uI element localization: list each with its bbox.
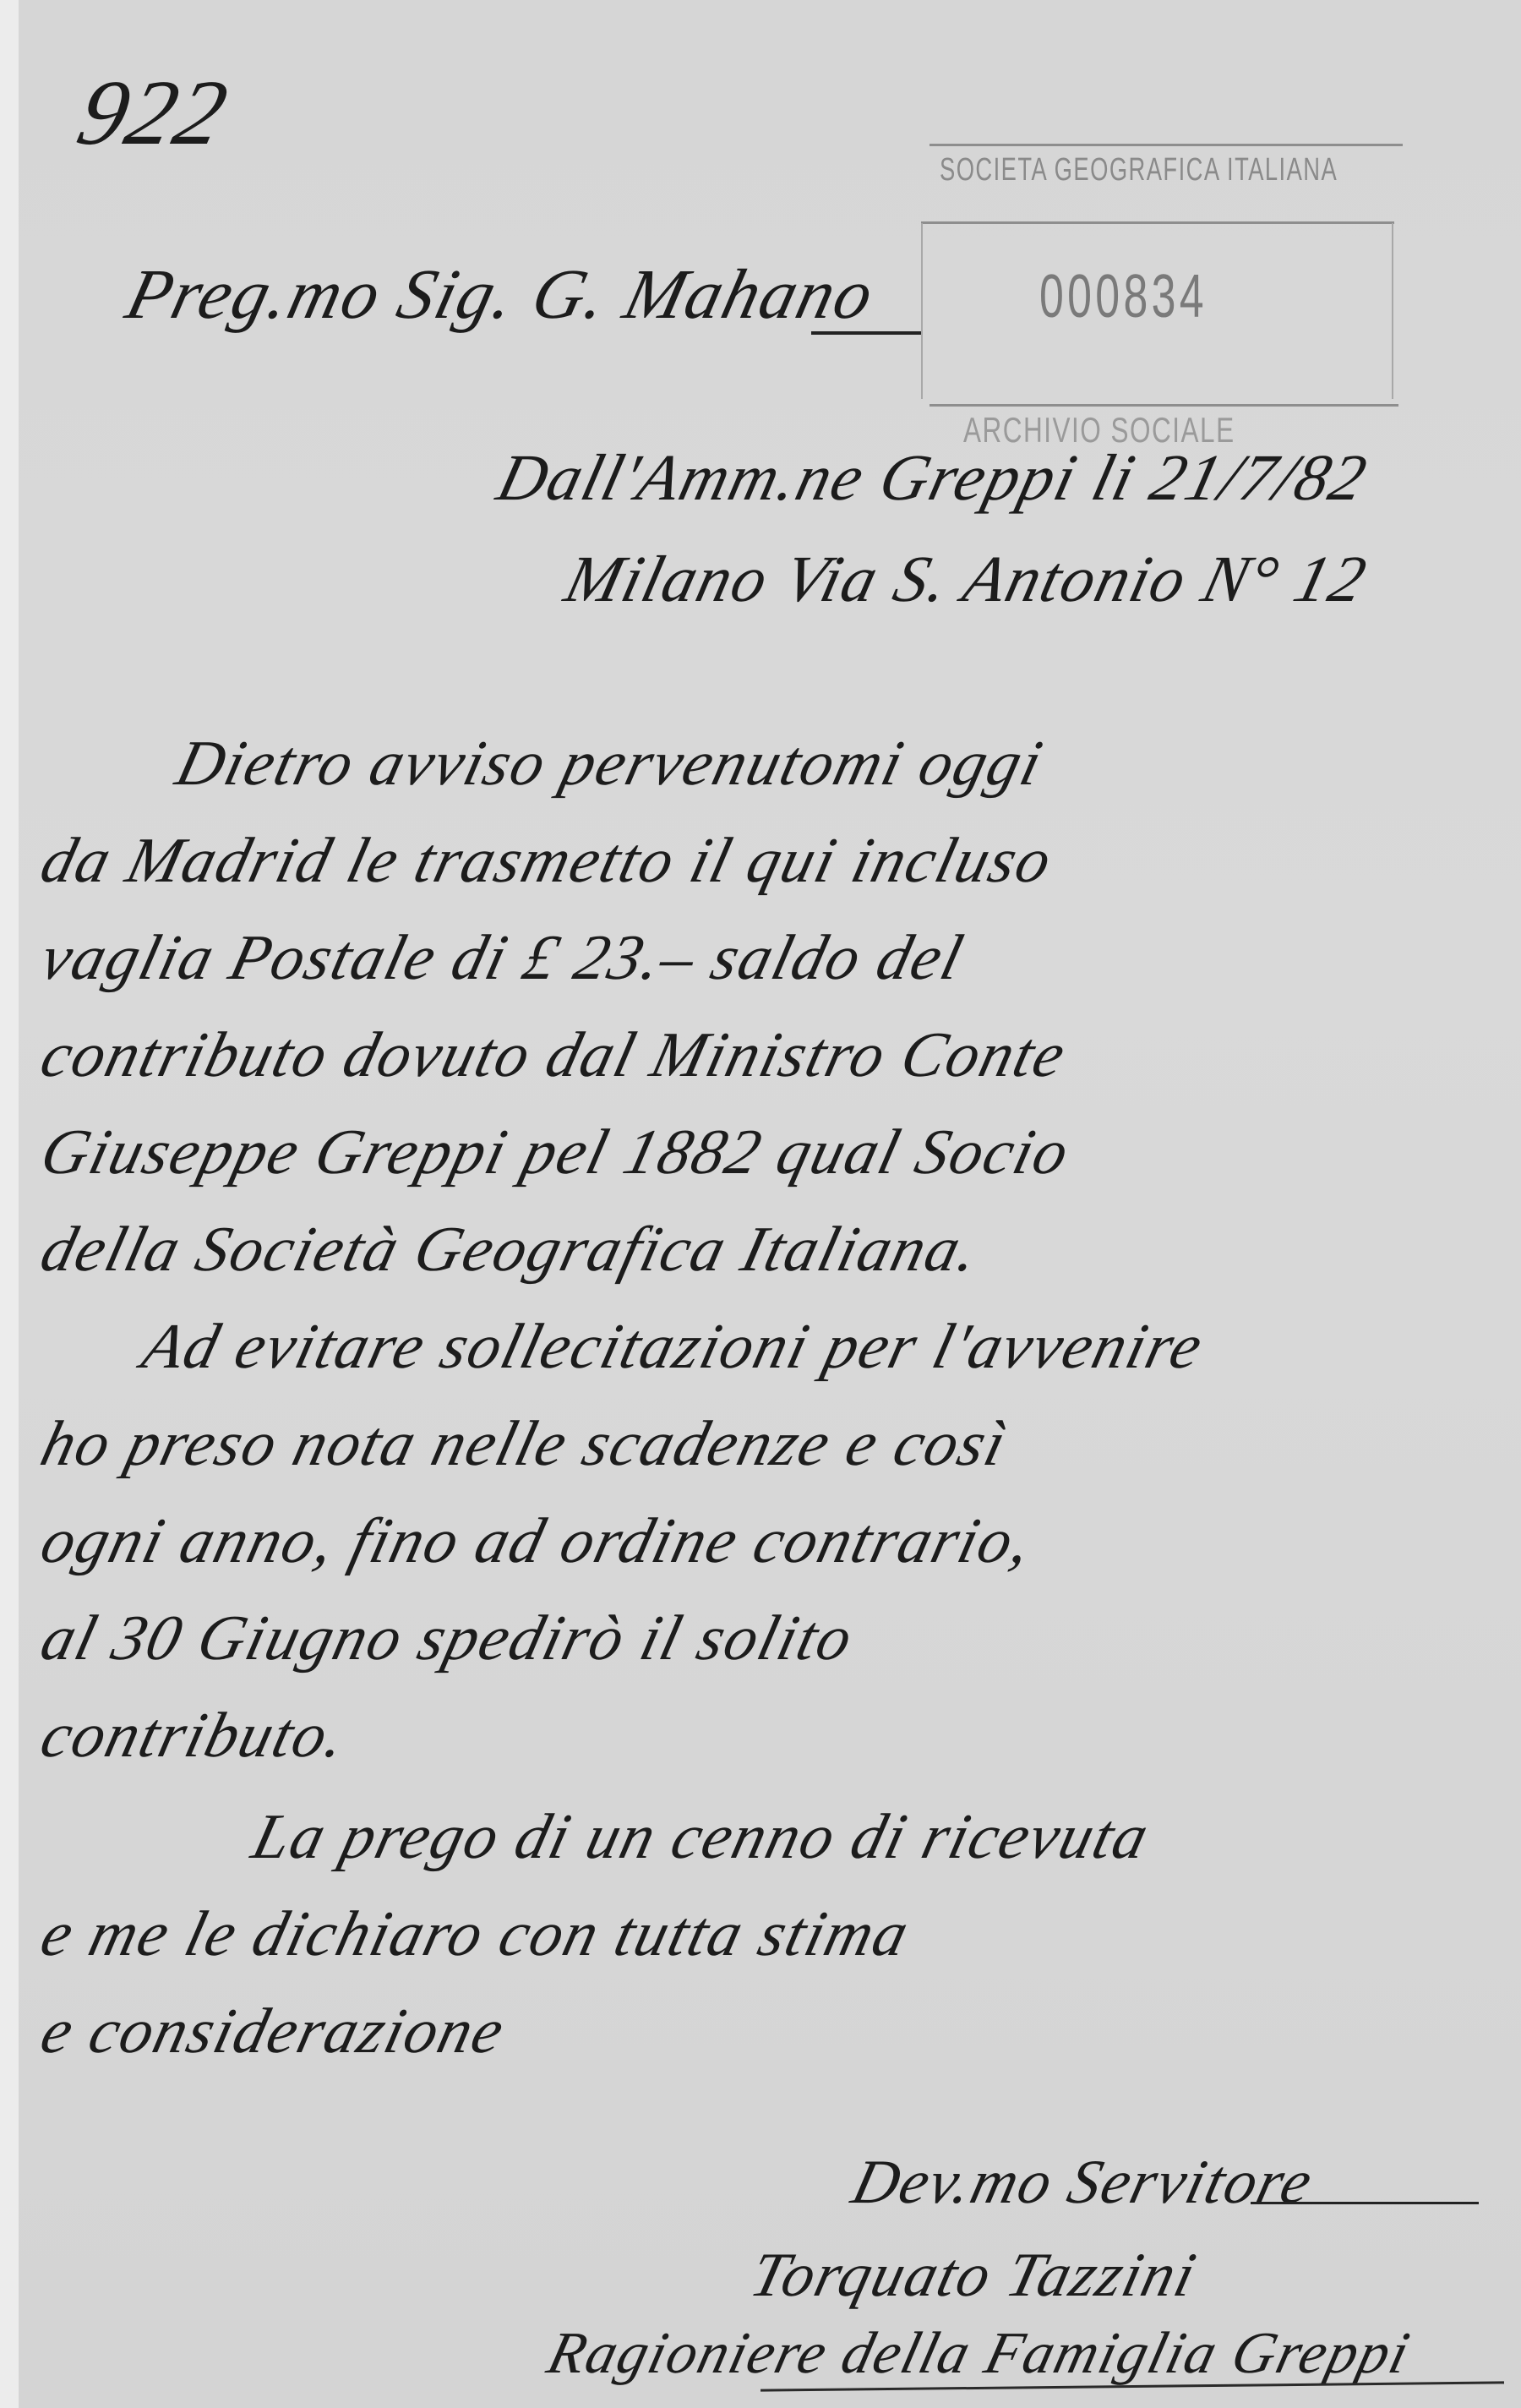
signature-title: Ragioniere della Famiglia Greppi [541,2320,1417,2388]
body-line: al 30 Giugno spedirò il solito [34,1602,861,1675]
body-line: ogni anno, fino ad ordine contrario, [34,1504,1040,1578]
body-line: e me le dichiaro con tutta stima [34,1897,917,1971]
body-line: della Società Geografica Italiana. [34,1213,987,1286]
body-line: vaglia Postale di £ 23.– saldo del [34,921,971,995]
body-line: contributo dovuto dal Ministro Conte [34,1018,1074,1092]
stamp-organization: SOCIETA GEOGRAFICA ITALIANA [940,152,1338,188]
salutation: Preg.mo Sig. G. Mahano [118,254,883,336]
body-line: Dietro avviso pervenutomi oggi [169,727,1050,800]
header-sender-date: Dall'Amm.ne Greppi li 21/7/82 [490,440,1375,516]
stamp-rule [929,404,1398,407]
body-line: contributo. [34,1699,354,1772]
stamp-rule [929,144,1403,146]
body-line: Ad evitare sollecitazioni per l'avvenire [135,1310,1211,1384]
header-address: Milano Via S. Antonio N° 12 [558,541,1375,617]
body-line: da Madrid le trasmetto il qui incluso [34,824,1060,898]
body-line: ho preso nota nelle scadenze e così [34,1407,1015,1481]
closing: Dev.mo Servitore [845,2147,1321,2219]
signature: Torquato Tazzini [744,2240,1204,2312]
stamp-number: 000834 [1039,262,1208,331]
reference-number: 922 [68,59,239,167]
archive-stamp: SOCIETA GEOGRAFICA ITALIANA 000834 ARCHI… [921,135,1403,431]
page-edge [0,0,19,2408]
body-line: e considerazione [34,1995,513,2068]
body-line: Giuseppe Greppi pel 1882 qual Socio [34,1116,1077,1189]
closing-flourish [1251,2202,1479,2204]
body-line: La prego di un cenno di ricevuta [245,1800,1157,1874]
salutation-flourish [811,331,921,335]
